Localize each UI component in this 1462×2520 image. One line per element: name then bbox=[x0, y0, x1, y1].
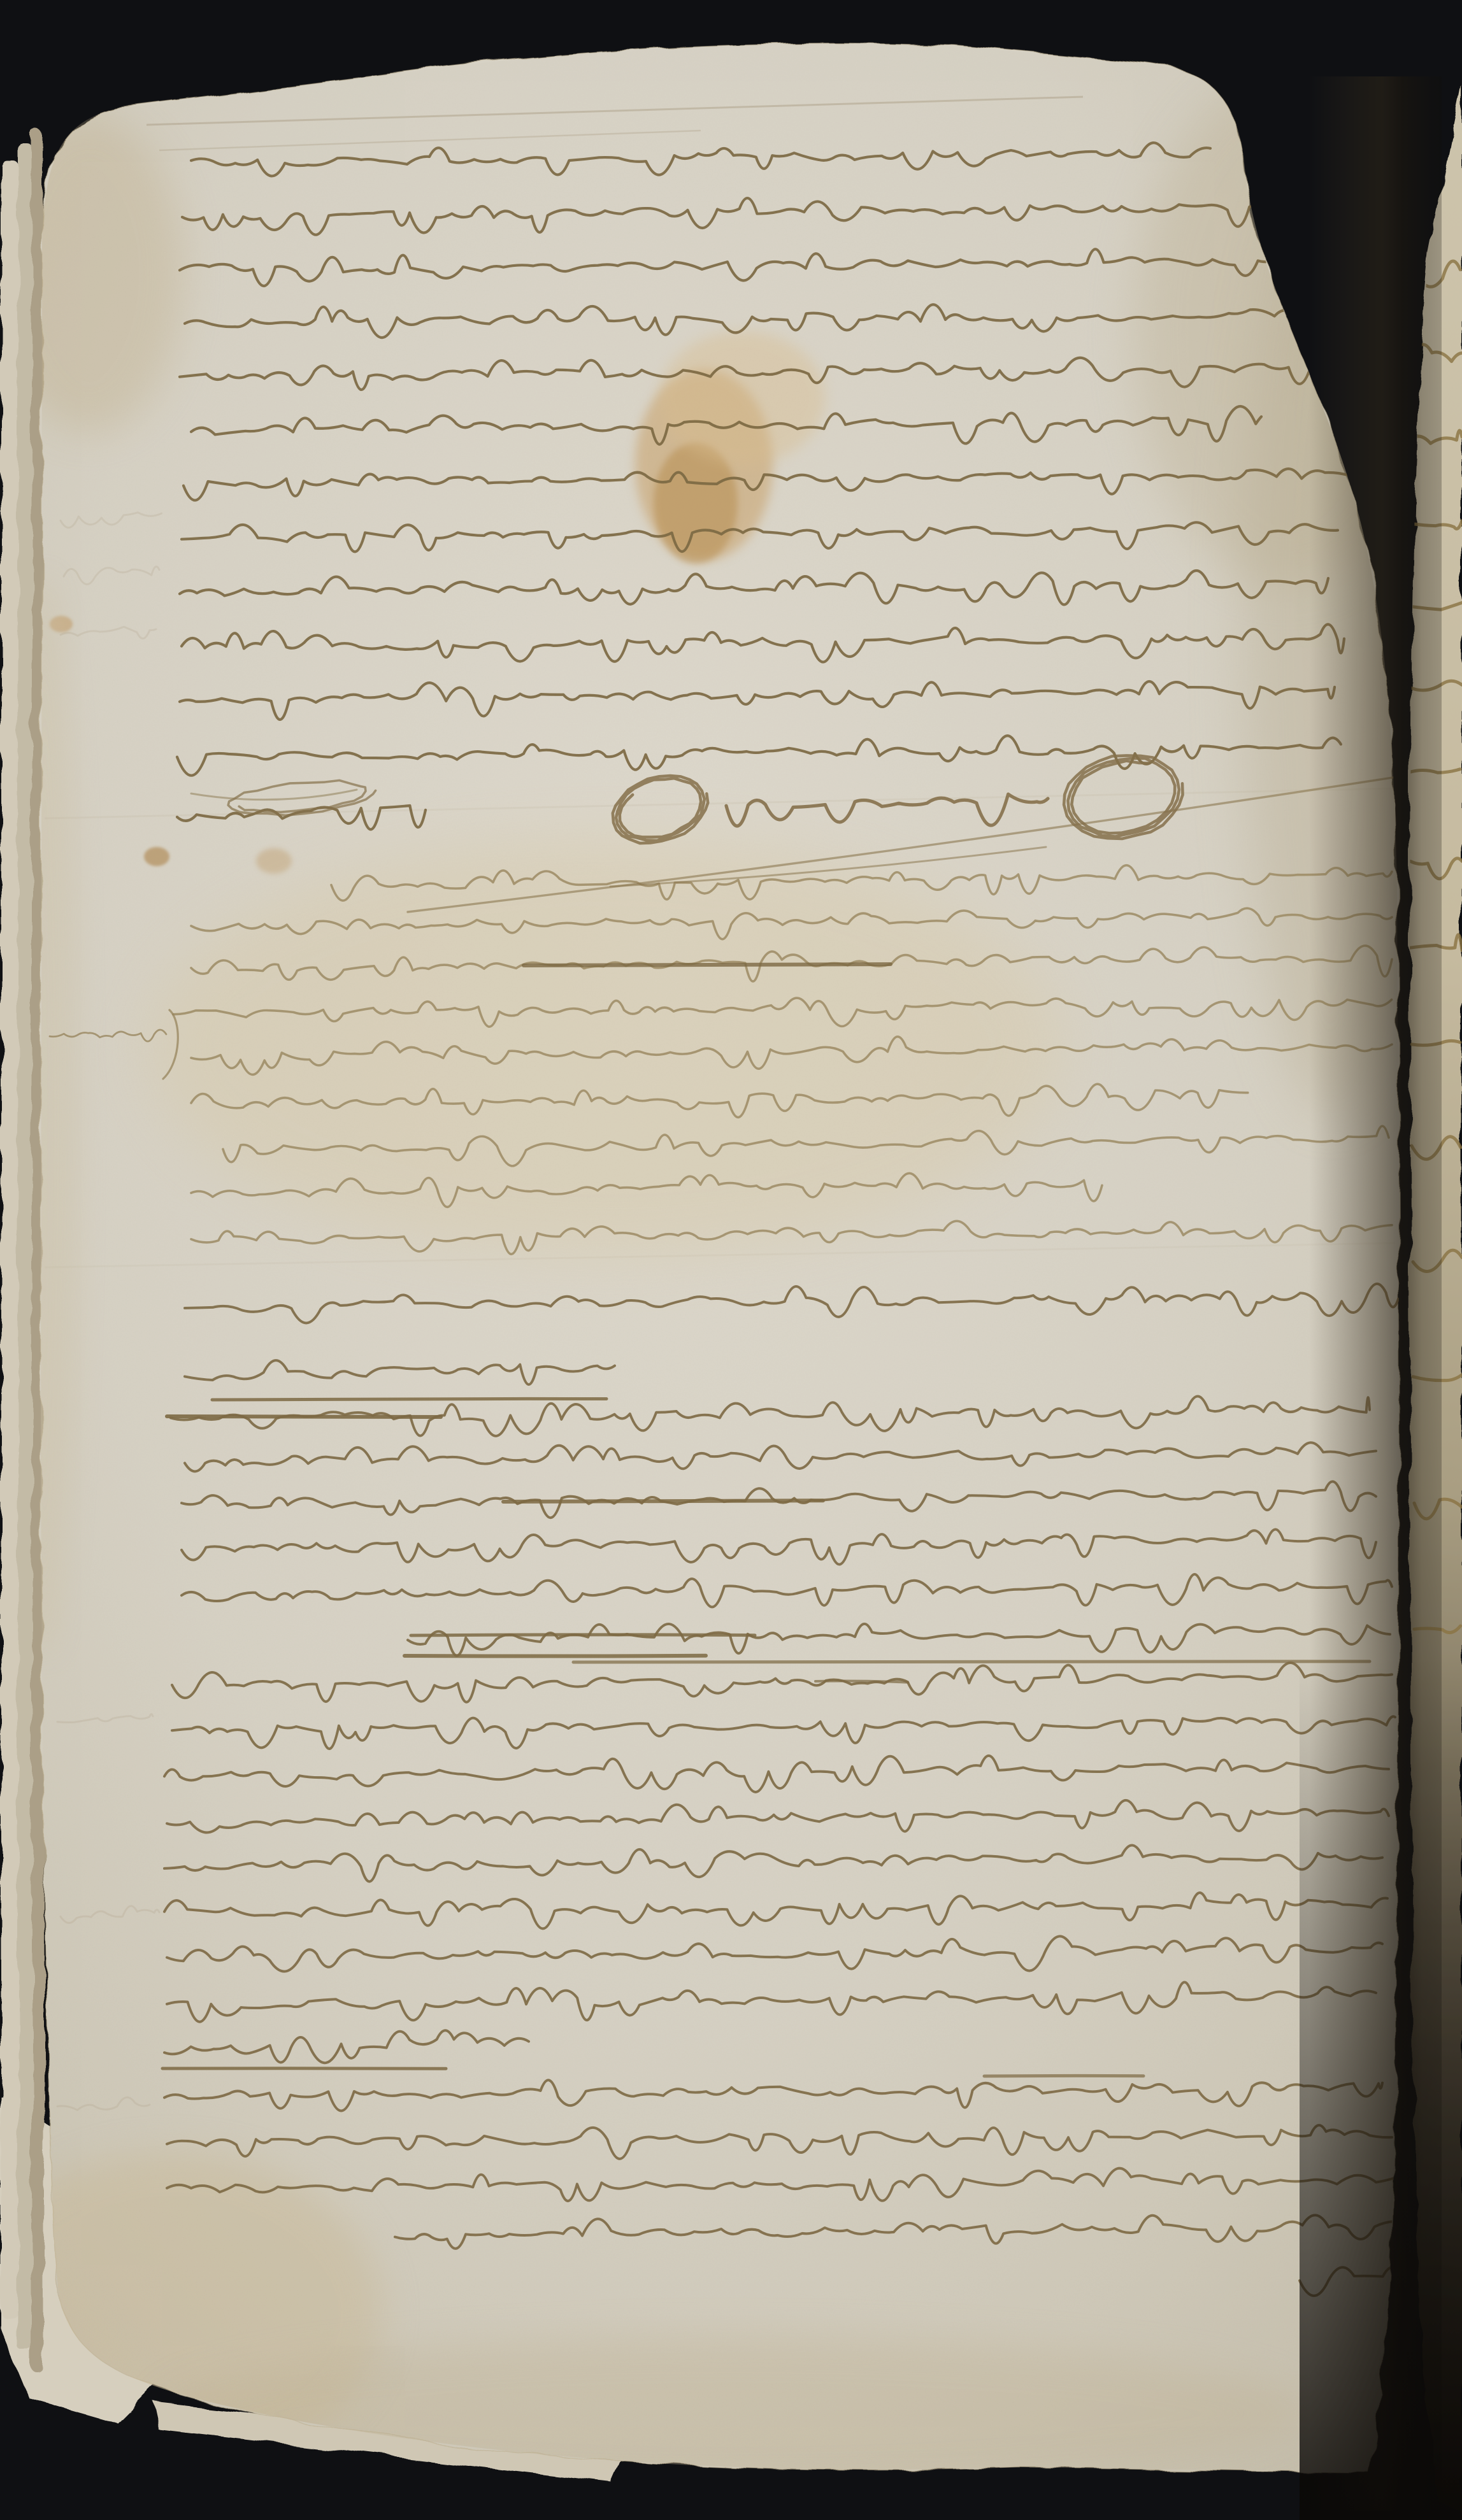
stack-edge-strip bbox=[1, 160, 18, 2318]
manuscript-photo bbox=[0, 0, 1462, 2520]
bottom-right-shadow bbox=[1300, 1656, 1462, 2520]
page-surface bbox=[0, 38, 1454, 2509]
paper-grain bbox=[25, 38, 1440, 2509]
stack-edge-strip bbox=[18, 144, 33, 2351]
manuscript-scene bbox=[0, 0, 1462, 2520]
